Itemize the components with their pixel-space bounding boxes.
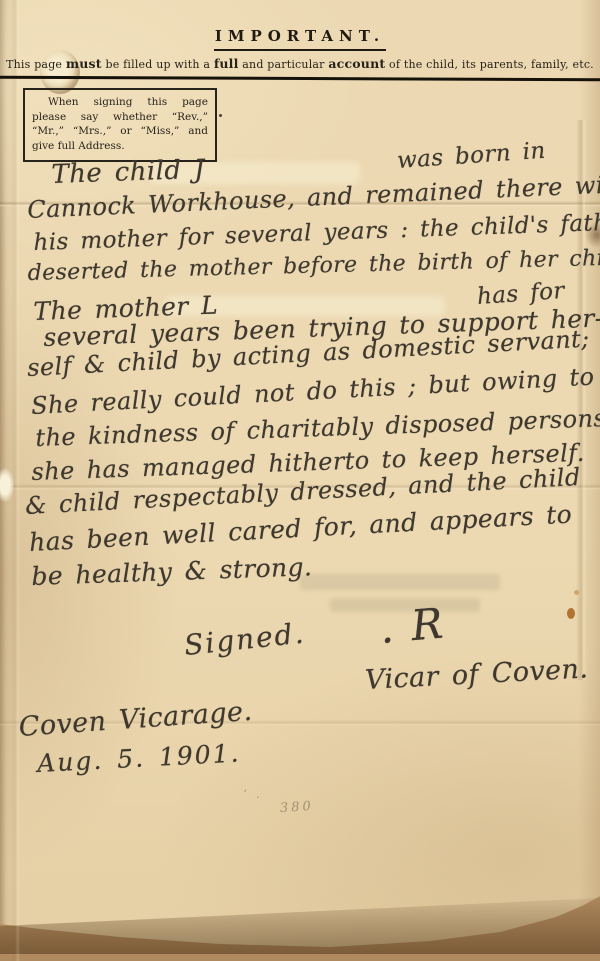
instruction-bold-must: must <box>66 56 102 71</box>
header-title-underline <box>214 49 386 51</box>
signing-note-box: When signing this page please say whethe… <box>23 88 217 162</box>
instruction-text: of the child, its parents, family, etc. <box>385 58 594 71</box>
ink-speck <box>219 114 222 117</box>
fold-crease-right <box>576 120 586 680</box>
instruction-text: be filled up with a <box>102 58 214 71</box>
rust-spot <box>574 590 579 595</box>
pencil-mark: ʼ ․ <box>243 788 263 801</box>
signing-note-text: When signing this page please say whethe… <box>32 95 208 154</box>
show-through-smudge <box>300 574 500 590</box>
rust-spot <box>567 608 575 619</box>
header-title: IMPORTANT. <box>0 27 600 45</box>
instruction-text: This page <box>6 58 66 71</box>
instruction-bold-full: full <box>214 56 239 71</box>
instruction-bold-account: account <box>328 56 385 71</box>
instruction-text: and particular <box>239 58 329 71</box>
document-scan: IMPORTANT. This page must be filled up w… <box>0 0 600 961</box>
pencil-annotation: 380 <box>280 799 315 816</box>
header-instruction: This page must be filled up with a full … <box>0 56 600 71</box>
handwriting-line: The child J <box>51 155 205 190</box>
signature-initial: . R <box>378 599 446 653</box>
